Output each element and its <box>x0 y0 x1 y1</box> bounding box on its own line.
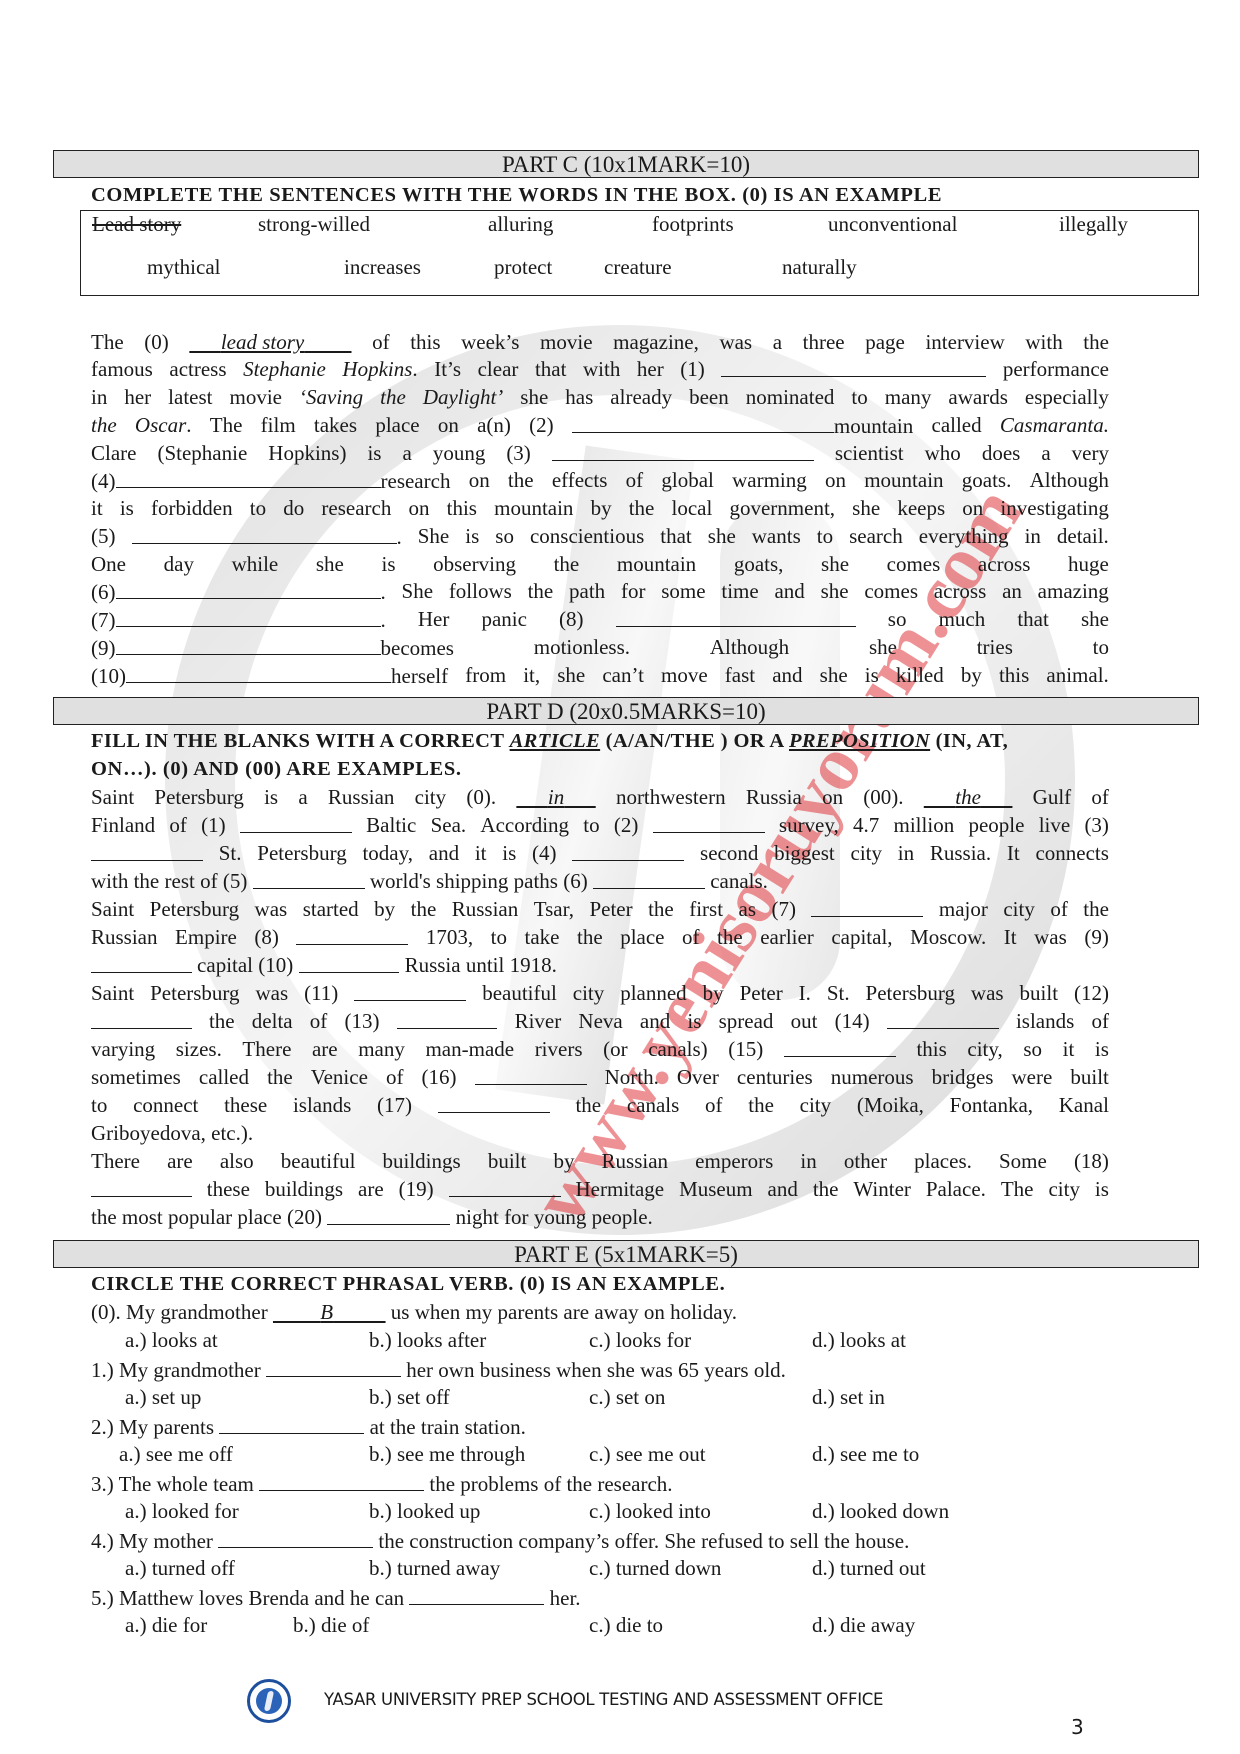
word-box-item: creature <box>604 254 672 280</box>
answer-option-d[interactable]: d.) looks at <box>812 1327 906 1353</box>
passage-line: (7).Herpanic(8)somuchthatshe <box>91 606 1109 634</box>
answer-option-d[interactable]: d.) see me to <box>812 1441 919 1467</box>
passage-word: Some <box>999 1148 1047 1175</box>
passage-word: (2) <box>614 812 639 840</box>
passage-word: buildings <box>265 1176 343 1204</box>
answer-option-b[interactable]: b.) see me through <box>369 1441 525 1467</box>
passage-word: Over <box>677 1064 719 1092</box>
passage-word: the <box>648 896 674 924</box>
part-e-header: PART E (5x1MARK=5) <box>53 1240 1199 1268</box>
passage-word: (0) <box>144 329 169 356</box>
passage-word: can’t <box>602 662 644 690</box>
passage-word: do <box>283 495 304 522</box>
answer-option-a[interactable]: a.) set up <box>125 1384 201 1410</box>
passage-word: Saint <box>91 980 134 1008</box>
passage-word: this <box>447 495 477 522</box>
answer-option-b[interactable]: b.) turned away <box>369 1555 500 1581</box>
passage-word <box>616 606 856 634</box>
answer-blank[interactable] <box>259 1470 424 1491</box>
answer-blank[interactable] <box>253 868 365 889</box>
passage-word <box>327 1204 455 1232</box>
passage-word: world's <box>370 868 436 896</box>
passage-word: canals <box>627 1092 679 1120</box>
passage-word: Stephanie <box>243 356 326 384</box>
passage-word: this <box>410 329 440 356</box>
passage-word: (7). <box>91 606 386 634</box>
passage-word: Russian <box>328 784 395 811</box>
passage-line: SaintPetersburgwas(11)beautifulcityplann… <box>91 980 1109 1008</box>
passage-word: the <box>554 551 580 578</box>
answer-blank[interactable] <box>91 1008 192 1029</box>
passage-word: mountain <box>864 467 943 495</box>
passage-word: Russian <box>452 896 519 924</box>
passage-word: everything <box>919 523 1009 551</box>
passage-word: her <box>637 356 664 384</box>
passage-word: ‘Saving <box>299 384 363 411</box>
passage-word: (Stephanie <box>157 440 247 468</box>
passage-word: by <box>703 980 724 1008</box>
passage-word: was <box>255 896 288 924</box>
passage-word <box>253 868 370 896</box>
answer-blank[interactable] <box>438 1092 550 1113</box>
passage-word: also <box>220 1148 254 1175</box>
passage-word: three <box>803 329 845 356</box>
passage-word: It <box>1007 840 1020 868</box>
passage-word: (9) <box>1084 924 1109 952</box>
word-box: Lead story strong-willed alluring footpr… <box>80 210 1199 296</box>
passage-word: of <box>310 1008 328 1036</box>
word-box-item: protect <box>494 254 552 280</box>
passage-line: Onedaywhilesheisobservingthemountaingoat… <box>91 551 1109 578</box>
question-stem: 3.) The whole team the problems of the r… <box>91 1470 673 1497</box>
answer-blank[interactable] <box>327 1204 450 1225</box>
passage-word: research <box>321 495 391 522</box>
passage-word: it <box>91 495 103 522</box>
passage-word: varying <box>91 1036 155 1064</box>
question-stem: 5.) Matthew loves Brenda and he can her. <box>91 1584 581 1611</box>
part-d-instruction: FILL IN THE BLANKS WITH A CORRECT ARTICL… <box>91 728 1008 754</box>
passage-word: for <box>621 578 646 606</box>
passage-word: with <box>583 356 620 384</box>
passage-word: of <box>200 868 223 896</box>
passage-word: Moscow. <box>910 924 986 952</box>
passage-word: (2) <box>529 412 554 440</box>
passage-word: who <box>925 440 961 468</box>
passage-word: in <box>91 384 107 411</box>
answer-option-a[interactable]: a.) see me off <box>119 1441 233 1467</box>
answer-blank[interactable] <box>91 952 192 973</box>
answer-blank[interactable] <box>296 924 408 945</box>
passage-word <box>299 952 405 980</box>
passage-word: islands <box>293 1092 351 1120</box>
passage-word: emperors <box>695 1148 773 1175</box>
passage-word: across <box>978 551 1030 578</box>
passage-word: to <box>583 812 599 840</box>
passage-word: to <box>491 924 507 952</box>
passage-word: government, <box>729 495 835 522</box>
passage-word: mountain <box>572 412 913 440</box>
passage-word: she <box>821 551 849 578</box>
passage-word: on <box>962 495 983 522</box>
answer-option-c[interactable]: c.) looked into <box>589 1498 711 1524</box>
passage-word: local <box>672 495 713 522</box>
passage-word: especially <box>1025 384 1109 411</box>
answer-blank[interactable] <box>572 412 834 433</box>
passage-word: movie <box>230 384 283 411</box>
passage-word: these <box>224 1092 267 1120</box>
passage-line: St.Petersburgtoday,anditis(4)secondbigge… <box>91 840 1109 868</box>
passage-word: The <box>1001 1176 1034 1204</box>
passage-word: and <box>772 662 802 690</box>
passage-word: of <box>1091 784 1109 811</box>
passage-word: film <box>261 412 296 440</box>
answer-blank[interactable] <box>721 356 986 377</box>
passage-word: takes <box>314 412 357 440</box>
passage-word: of <box>386 1064 404 1092</box>
passage-word: mountain <box>494 495 573 522</box>
answer-blank[interactable] <box>409 1584 544 1605</box>
passage-word: and <box>774 578 804 606</box>
passage-word: conscientious <box>530 523 644 551</box>
answer-blank[interactable] <box>116 467 381 488</box>
passage-word: There <box>91 1148 140 1175</box>
passage-word: survey, <box>779 812 839 840</box>
university-logo-icon <box>247 1679 291 1723</box>
passage-word: Her <box>418 606 449 634</box>
passage-word: (17) <box>377 1092 412 1120</box>
passage-word: the <box>267 1064 293 1092</box>
passage-word: many <box>885 384 932 411</box>
answer-blank[interactable] <box>266 1356 401 1377</box>
passage-line: with the rest of (5) world's shipping pa… <box>91 868 1109 896</box>
passage-word <box>811 896 923 924</box>
passage-word: Neva <box>578 1008 622 1036</box>
example-answer: the <box>924 785 1013 809</box>
passage-word: (19) <box>399 1176 434 1204</box>
passage-word: beautiful <box>281 1148 356 1175</box>
passage-word: (15) <box>728 1036 763 1064</box>
passage-word: (11) <box>304 980 338 1008</box>
passage-line: inherlatestmovie‘SavingtheDaylight’sheha… <box>91 384 1109 411</box>
answer-option-a[interactable]: a.) turned off <box>125 1555 235 1581</box>
passage-word: Petersburg <box>257 840 346 868</box>
passage-word: clear <box>478 356 519 384</box>
passage-word: global <box>661 467 714 495</box>
passage-word: on <box>438 412 459 440</box>
passage-word: many <box>358 1036 405 1064</box>
passage-word: According <box>480 812 569 840</box>
question-stem: 4.) My mother the construction company’s… <box>91 1527 909 1554</box>
passage-word: interview <box>925 329 1004 356</box>
passage-word: was <box>719 329 752 356</box>
passage-word: River <box>515 1008 562 1036</box>
passage-word: she <box>820 662 848 690</box>
answer-option-d[interactable]: d.) set in <box>812 1384 885 1410</box>
passage-word: the <box>575 1092 601 1120</box>
passage-word: to <box>91 1092 107 1120</box>
answer-option-b[interactable]: b.) looks after <box>369 1327 486 1353</box>
passage-word: while <box>232 551 279 578</box>
answer-blank[interactable] <box>354 980 466 1001</box>
answer-option-c[interactable]: c.) set on <box>589 1384 665 1410</box>
answer-blank[interactable] <box>784 1036 896 1057</box>
passage-word: Oscar. <box>135 412 192 440</box>
passage-word: detail. <box>1057 523 1109 551</box>
part-c-header: PART C (10x1MARK=10) <box>53 150 1199 178</box>
passage-word: for <box>504 1204 534 1232</box>
passage-line: (4)researchontheeffectsofglobalwarmingon… <box>91 467 1109 495</box>
instruction-preposition: PREPOSITION <box>789 730 930 752</box>
answer-blank[interactable] <box>218 1527 373 1548</box>
passage-word: (5) <box>223 868 253 896</box>
example-answer: in <box>516 785 595 809</box>
passage-word: in <box>1025 523 1041 551</box>
passage-word: on <box>469 467 490 495</box>
passage-word: today, <box>362 840 413 868</box>
passage-word: was <box>971 980 1004 1008</box>
passage-word: the <box>508 467 534 495</box>
passage-word <box>593 868 710 896</box>
passage-word: planned <box>620 980 686 1008</box>
passage-word: Russia <box>746 784 802 811</box>
passage-word: people <box>968 812 1024 840</box>
passage-word: Palace. <box>926 1176 986 1204</box>
passage-word: Daylight’ <box>423 384 503 411</box>
passage-word: rivers <box>535 1036 583 1064</box>
word-box-item: alluring <box>488 211 553 237</box>
passage-word: Empire <box>175 924 237 952</box>
passage-word: canals. <box>710 868 768 896</box>
passage-word: killed <box>896 662 944 690</box>
passage-word: built <box>1070 1064 1109 1092</box>
passage-line: (5).Sheissoconscientiousthatshewantstose… <box>91 523 1109 551</box>
passage-word: (6). <box>91 578 386 606</box>
passage-word: city <box>1048 1176 1080 1204</box>
passage-word: is <box>367 440 381 468</box>
passage-word <box>354 980 466 1008</box>
passage-word: and <box>429 840 459 868</box>
part-d-header: PART D (20x0.5MARKS=10) <box>53 697 1199 725</box>
answer-option-c[interactable]: c.) turned down <box>589 1555 721 1581</box>
passage-word <box>91 840 203 868</box>
answer-option-d[interactable]: d.) looked down <box>812 1498 949 1524</box>
answer-option-a[interactable]: a.) looked for <box>125 1498 239 1524</box>
passage-word: very <box>1072 440 1109 468</box>
answer-blank[interactable] <box>299 952 400 973</box>
passage-word: Although <box>1030 467 1109 495</box>
passage-word: man-made <box>425 1036 514 1064</box>
passage-word: Petersburg <box>150 896 239 924</box>
passage-word: the <box>91 1204 122 1232</box>
passage-word: is <box>465 523 479 551</box>
passage-word <box>449 1176 561 1204</box>
answer-blank[interactable] <box>132 523 397 544</box>
passage-word: delta <box>252 1008 293 1036</box>
passage-word: a <box>773 329 782 356</box>
answer-option-c[interactable]: c.) looks for <box>589 1327 691 1353</box>
passage-word: young <box>534 1204 592 1232</box>
passage-word <box>91 1008 192 1036</box>
word-box-item: naturally <box>782 254 857 280</box>
word-box-item: illegally <box>1059 211 1128 237</box>
answer-blank[interactable] <box>475 1064 587 1085</box>
passage-word: huge <box>1068 551 1109 578</box>
passage-word: etc.). <box>211 1120 253 1147</box>
answer-option-a[interactable]: a.) die for <box>125 1612 207 1638</box>
passage-word <box>438 1092 550 1120</box>
answer-blank[interactable] <box>572 840 684 861</box>
answer-blank[interactable] <box>126 662 391 683</box>
answer-blank[interactable] <box>116 634 381 655</box>
answer-option-d[interactable]: d.) turned out <box>812 1555 926 1581</box>
passage-word: are <box>358 1176 384 1204</box>
passage-word: an <box>1002 578 1022 606</box>
answer-blank[interactable] <box>616 606 856 627</box>
passage-word: on <box>408 495 429 522</box>
part-e-instruction: CIRCLE THE CORRECT PHRASAL VERB. (0) IS … <box>91 1271 725 1297</box>
passage-word: movie <box>540 329 593 356</box>
passage-word: other <box>844 1148 887 1175</box>
word-box-item: mythical <box>147 254 220 280</box>
passage-word: page <box>865 329 905 356</box>
passage-word: started <box>303 896 359 924</box>
passage-word: capital, <box>831 924 892 952</box>
passage-word: are <box>167 1148 193 1175</box>
passage-word: Although <box>710 634 789 662</box>
passage-word: is <box>687 1008 701 1036</box>
passage-word: comes <box>864 578 918 606</box>
answer-option-b[interactable]: b.) set off <box>369 1384 450 1410</box>
passage-line: TherearealsobeautifulbuildingsbuiltbyRus… <box>91 1148 1109 1175</box>
passage-word: 1703, <box>426 924 473 952</box>
passage-word: (or <box>603 1036 628 1064</box>
passage-word: built <box>1020 980 1059 1008</box>
passage-word: so <box>495 523 514 551</box>
answer-blank[interactable] <box>116 606 381 627</box>
passage-word: lead story <box>189 329 351 356</box>
passage-word: earlier <box>760 924 814 952</box>
answer-option-b[interactable]: b.) die of <box>293 1612 369 1638</box>
passage-word: (8) <box>254 924 279 952</box>
passage-word <box>397 1008 498 1036</box>
passage-word: Winter <box>853 1176 910 1204</box>
passage-word <box>552 440 814 468</box>
passage-word: It’s <box>434 356 461 384</box>
answer-blank[interactable] <box>116 578 381 599</box>
passage-word: was <box>255 980 288 1008</box>
passage-word: called <box>932 412 982 440</box>
passage-word: It <box>1004 924 1017 952</box>
answer-blank[interactable] <box>887 1008 999 1029</box>
passage-word: sometimes <box>91 1064 181 1092</box>
passage-word: Petersburg <box>150 980 239 1008</box>
passage-word: that <box>660 523 692 551</box>
answer-blank[interactable] <box>91 840 203 861</box>
answer-option-a[interactable]: a.) looks at <box>125 1327 218 1353</box>
passage-word: place <box>375 412 419 440</box>
passage-word: scientist <box>835 440 904 468</box>
passage-word: of <box>1050 896 1068 924</box>
example-answer: lead story <box>189 330 351 354</box>
passage-line: capital (10) Russia until 1918. <box>91 952 1109 980</box>
answer-blank[interactable] <box>653 812 765 833</box>
passage-word: (5) <box>91 523 116 551</box>
passage-word: the <box>134 868 165 896</box>
passage-word: is <box>264 784 278 811</box>
passage-word: animal. <box>1046 662 1108 690</box>
answer-option-c[interactable]: c.) die to <box>589 1612 663 1638</box>
passage-word: shipping <box>436 868 514 896</box>
answer-blank[interactable] <box>593 868 705 889</box>
passage-word: is <box>502 840 516 868</box>
passage-word: (9)becomes <box>91 634 454 662</box>
passage-word: Hopkins) <box>268 440 346 468</box>
passage-word: Petersburg <box>154 784 243 811</box>
passage-word: place <box>237 1204 287 1232</box>
exam-page: www.yenisoruyorum.com PART C (10x1MARK=1… <box>0 0 1240 1754</box>
answer-blank[interactable] <box>240 812 352 833</box>
passage-word: Sea. <box>431 812 467 840</box>
passage-word: (4) <box>532 840 557 868</box>
passage-word: by <box>553 1148 574 1175</box>
passage-word: from <box>465 662 506 690</box>
passage-word: magazine, <box>613 329 699 356</box>
passage-word: northwestern <box>616 784 726 811</box>
word-box-item: increases <box>344 254 421 280</box>
answer-option-b[interactable]: b.) looked up <box>369 1498 480 1524</box>
passage-word: as <box>739 896 757 924</box>
word-box-item: unconventional <box>828 211 957 237</box>
passage-word: centuries <box>737 1064 813 1092</box>
passage-word: her <box>124 384 151 411</box>
answer-option-d[interactable]: d.) die away <box>812 1612 915 1638</box>
passage-word: performance <box>1003 356 1109 384</box>
answer-blank[interactable] <box>449 1176 561 1197</box>
passage-word: in <box>800 1148 816 1175</box>
question-stem: (0). My grandmother B us when my parents… <box>91 1299 737 1325</box>
passage-word: Hopkins. <box>342 356 417 384</box>
passage-word: Tsar, <box>534 896 574 924</box>
passage-line: thedeltaof(13)RiverNevaandisspreadout(14… <box>91 1008 1109 1036</box>
passage-word: awards <box>948 384 1007 411</box>
answer-blank[interactable] <box>397 1008 498 1029</box>
answer-option-c[interactable]: c.) see me out <box>589 1441 706 1467</box>
passage-word: city, <box>967 1036 1002 1064</box>
passage-word <box>475 1064 587 1092</box>
passage-word: to <box>250 495 266 522</box>
passage-word: that <box>1017 606 1049 634</box>
passage-word: numerous <box>831 1064 914 1092</box>
passage-word: by <box>591 495 612 522</box>
passage-word: is <box>1095 1036 1109 1064</box>
passage-word: the <box>411 896 437 924</box>
passage-word: . <box>132 523 402 551</box>
passage-word: She <box>402 578 434 606</box>
answer-blank[interactable] <box>91 1176 192 1197</box>
instruction-text: (A/AN/THE ) OR A <box>600 730 789 752</box>
answer-blank[interactable] <box>219 1413 364 1434</box>
passage-word: (6) <box>563 868 593 896</box>
passage-line: itisforbiddentodoresearchonthismountainb… <box>91 495 1109 522</box>
passage-line: Finlandof(1)BalticSea.Accordingto(2)surv… <box>91 812 1109 840</box>
passage-word: is <box>120 495 134 522</box>
passage-word: built <box>488 1148 527 1175</box>
answer-blank[interactable] <box>552 440 814 461</box>
passage-word: by <box>374 896 395 924</box>
passage-word: most <box>122 1204 168 1232</box>
answer-blank[interactable] <box>811 896 923 917</box>
question-stem: 2.) My parents at the train station. <box>91 1413 526 1440</box>
